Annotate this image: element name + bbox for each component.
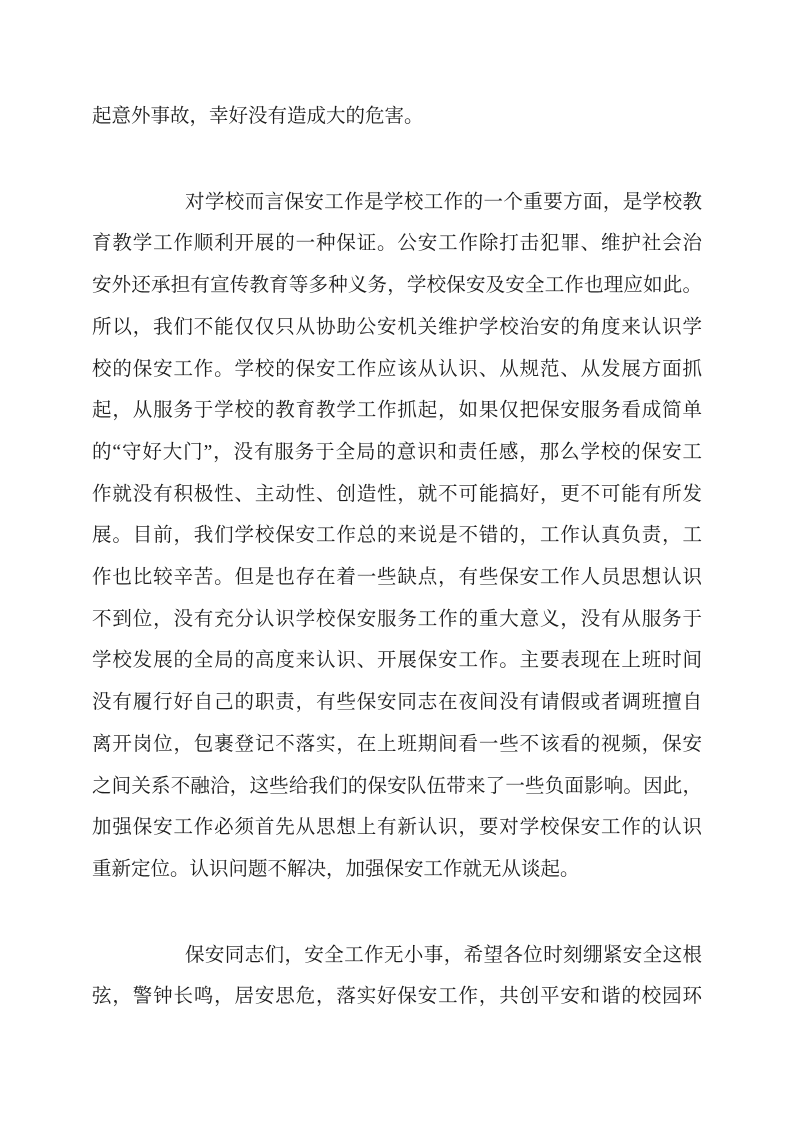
paragraph-3: 保安同志们，安全工作无小事，希望各位时刻绷紧安全这根 弦，警钟长鸣，居安思危，落… — [92, 935, 702, 1018]
document-content: 起意外事故，幸好没有造成大的危害。 对学校而言保安工作是学校工作的一个重要方面，… — [92, 96, 702, 1018]
text-line: 重新定位。认识问题不解决，加强保安工作就无从谈起。 — [92, 849, 702, 891]
text-line: 之间关系不融洽，这些给我们的保安队伍带来了一些负面影响。因此， — [92, 766, 702, 808]
text-line: 安外还承担有宣传教育等多种义务，学校保安及安全工作也理应如此。 — [92, 265, 702, 307]
text-line: 离开岗位，包裹登记不落实，在上班期间看一些不该看的视频，保安 — [92, 724, 702, 766]
document-page: 起意外事故，幸好没有造成大的危害。 对学校而言保安工作是学校工作的一个重要方面，… — [0, 0, 793, 1122]
text-line: 不到位，没有充分认识学校保安服务工作的重大意义，没有从服务于 — [92, 599, 702, 641]
text-line: 展。目前，我们学校保安工作总的来说是不错的，工作认真负责，工 — [92, 515, 702, 557]
text-line: 起意外事故，幸好没有造成大的危害。 — [92, 96, 702, 138]
text-line: 的“守好大门”，没有服务于全局的意识和责任感，那么学校的保安工 — [92, 432, 702, 474]
text-line: 作也比较辛苦。但是也存在着一些缺点，有些保安工作人员思想认识 — [92, 557, 702, 599]
paragraph-1: 起意外事故，幸好没有造成大的危害。 — [92, 96, 702, 138]
text-line: 对学校而言保安工作是学校工作的一个重要方面，是学校教 — [92, 182, 702, 224]
text-line: 育教学工作顺利开展的一种保证。公安工作除打击犯罪、维护社会治 — [92, 223, 702, 265]
text-line: 保安同志们，安全工作无小事，希望各位时刻绷紧安全这根 — [92, 935, 702, 977]
text-line: 所以，我们不能仅仅只从协助公安机关维护学校治安的角度来认识学 — [92, 307, 702, 349]
text-line: 学校发展的全局的高度来认识、开展保安工作。主要表现在上班时间 — [92, 640, 702, 682]
text-line: 没有履行好自己的职责，有些保安同志在夜间没有请假或者调班擅自 — [92, 682, 702, 724]
paragraph-2: 对学校而言保安工作是学校工作的一个重要方面，是学校教 育教学工作顺利开展的一种保… — [92, 182, 702, 891]
text-line: 起，从服务于学校的教育教学工作抓起，如果仅把保安服务看成简单 — [92, 390, 702, 432]
text-line: 加强保安工作必须首先从思想上有新认识，要对学校保安工作的认识 — [92, 807, 702, 849]
text-line: 校的保安工作。学校的保安工作应该从认识、从规范、从发展方面抓 — [92, 349, 702, 391]
text-line: 作就没有积极性、主动性、创造性，就不可能搞好，更不可能有所发 — [92, 474, 702, 516]
text-line: 弦，警钟长鸣，居安思危，落实好保安工作，共创平安和谐的校园环 — [92, 976, 702, 1018]
